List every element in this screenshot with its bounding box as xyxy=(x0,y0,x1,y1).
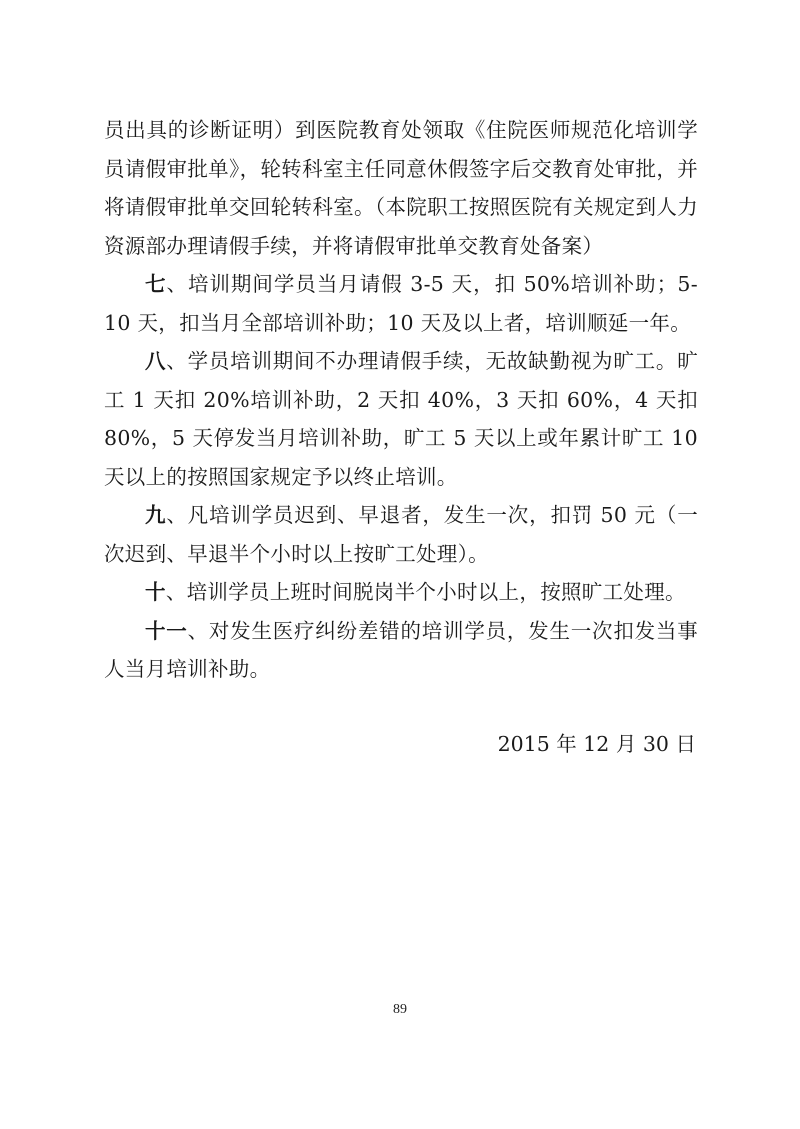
paragraph-text: 、对发生医疗纠纷差错的培训学员，发生一次扣发当事人当月培训补助。 xyxy=(104,619,698,682)
item-number: 八 xyxy=(145,349,166,373)
item-number: 十一 xyxy=(145,619,188,643)
paragraph-item-9: 九、凡培训学员迟到、早退者，发生一次，扣罚 50 元（一次迟到、早退半个小时以上… xyxy=(104,496,698,573)
page-number: 89 xyxy=(0,1002,800,1018)
paragraph-continued: 员出具的诊断证明）到医院教育处领取《住院医师规范化培训学员请假审批单》，轮转科室… xyxy=(104,111,698,265)
document-body: 员出具的诊断证明）到医院教育处领取《住院医师规范化培训学员请假审批单》，轮转科室… xyxy=(104,111,698,689)
document-date: 2015 年 12 月 30 日 xyxy=(104,725,698,764)
paragraph-text: 、培训期间学员当月请假 3-5 天，扣 50%培训补助；5-10 天，扣当月全部… xyxy=(104,272,698,335)
paragraph-item-10: 十、培训学员上班时间脱岗半个小时以上，按照旷工处理。 xyxy=(104,573,698,612)
item-number: 七 xyxy=(145,272,166,296)
paragraph-text: 员出具的诊断证明）到医院教育处领取《住院医师规范化培训学员请假审批单》，轮转科室… xyxy=(104,118,698,258)
paragraph-text: 、培训学员上班时间脱岗半个小时以上，按照旷工处理。 xyxy=(166,580,686,604)
paragraph-text: 、凡培训学员迟到、早退者，发生一次，扣罚 50 元（一次迟到、早退半个小时以上按… xyxy=(104,503,698,566)
paragraph-item-8: 八、学员培训期间不办理请假手续，无故缺勤视为旷工。旷工 1 天扣 20%培训补助… xyxy=(104,342,698,496)
paragraph-item-7: 七、培训期间学员当月请假 3-5 天，扣 50%培训补助；5-10 天，扣当月全… xyxy=(104,265,698,342)
item-number: 十 xyxy=(145,580,166,604)
paragraph-item-11: 十一、对发生医疗纠纷差错的培训学员，发生一次扣发当事人当月培训补助。 xyxy=(104,612,698,689)
item-number: 九 xyxy=(145,503,166,527)
paragraph-text: 、学员培训期间不办理请假手续，无故缺勤视为旷工。旷工 1 天扣 20%培训补助，… xyxy=(104,349,698,489)
